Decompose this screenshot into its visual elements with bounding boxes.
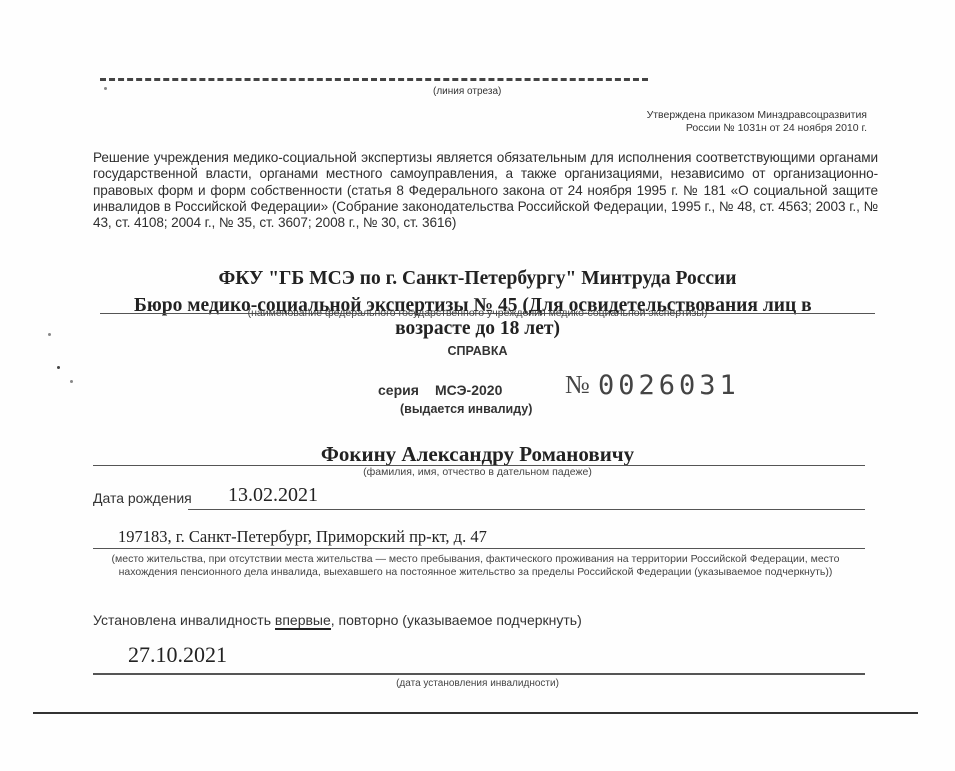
established-date-value: 27.10.2021 [128,642,227,668]
institution-name-line-1: ФКУ "ГБ МСЭ по г. Санкт-Петербургу" Минт… [0,268,955,290]
scan-speck [104,87,107,90]
cut-line-caption: (линия отреза) [433,86,501,97]
legal-paragraph: Решение учреждения медико-социальной экс… [93,150,878,231]
disability-type-line: Установлена инвалидность впервые, повтор… [93,612,582,628]
approval-line-2: России № 1031н от 24 ноября 2010 г. [647,122,867,135]
certificate-number: 0026031 [598,370,740,401]
address-value: 197183, г. Санкт-Петербург, Приморский п… [118,527,487,547]
series-value: МСЭ-2020 [435,382,502,398]
dob-value: 13.02.2021 [228,484,318,507]
number-sign: № [565,370,590,400]
established-date-underline [93,673,865,675]
address-underline [93,548,865,549]
option-first-time: впервые [275,612,331,630]
scan-speck [48,333,51,336]
scan-speck [57,366,60,369]
established-date-caption: (дата установления инвалидности) [0,678,955,689]
person-full-name: Фокину Александру Романовичу [0,442,955,467]
series-label: серия [378,382,419,398]
approval-line-1: Утверждена приказом Минздравсоцразвития [647,109,867,122]
institution-name-line-3: возрасте до 18 лет) [0,318,955,340]
bottom-rule [33,712,918,714]
dob-label: Дата рождения [93,490,192,506]
disability-label: Установлена инвалидность [93,612,275,628]
name-caption: (фамилия, имя, отчество в дательном паде… [0,466,955,478]
approval-note: Утверждена приказом Минздравсоцразвития … [647,109,867,135]
dob-underline [188,509,865,510]
option-repeat: , повторно (указываемое подчеркнуть) [331,612,582,628]
cut-line [100,78,648,81]
address-caption: (место жительства, при отсутствии места … [93,553,858,579]
issued-to-caption: (выдается инвалиду) [400,402,532,416]
scan-speck [70,380,73,383]
certificate-title: СПРАВКА [0,344,955,358]
